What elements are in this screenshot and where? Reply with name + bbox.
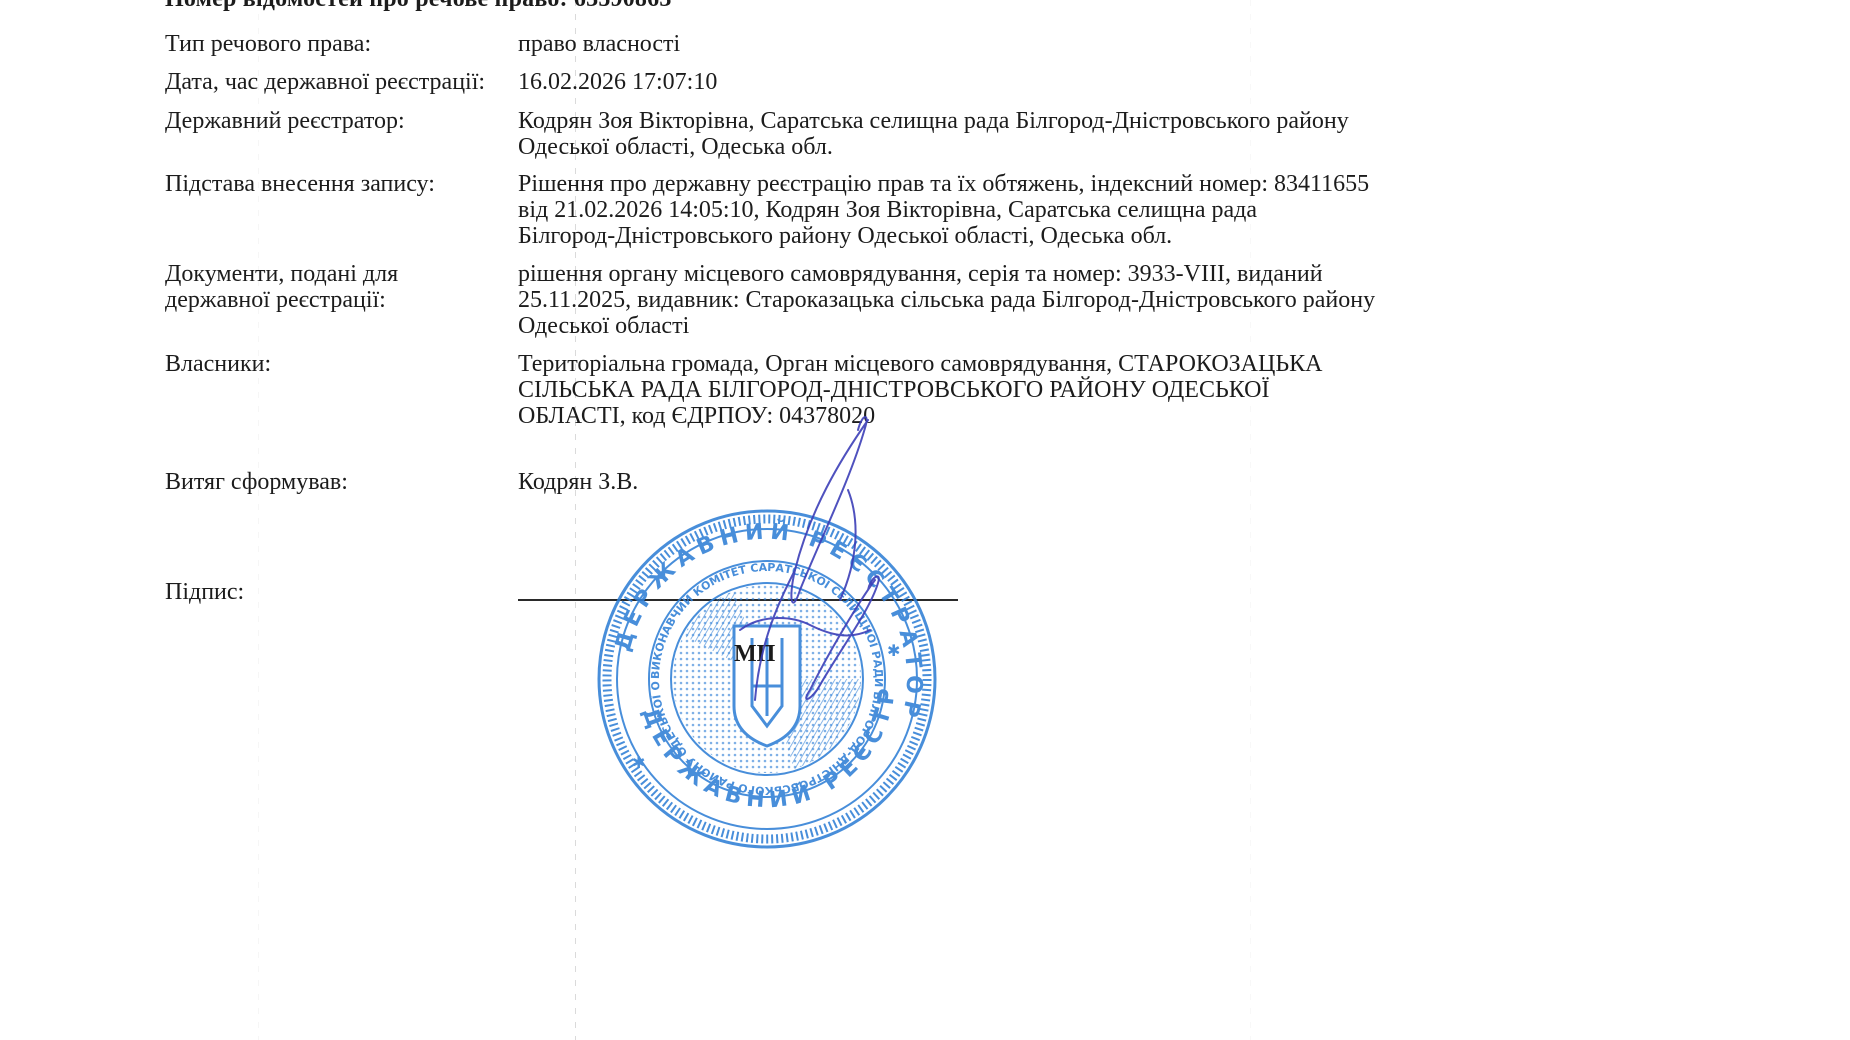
value-line: Одеської області (518, 313, 1698, 339)
value-line: від 21.02.2026 14:05:10, Кодрян Зоя Вікт… (518, 197, 1698, 223)
field-value: Рішення про державну реєстрацію прав та … (518, 171, 1698, 249)
value-line: ОБЛАСТІ, код ЄДРПОУ: 04378020 (518, 403, 1698, 429)
value-line: СІЛЬСЬКА РАДА БІЛГОРОД-ДНІСТРОВСЬКОГО РА… (518, 377, 1698, 403)
value-line: право власності (518, 31, 1698, 57)
value-line: 25.11.2025, видавник: Староказацька сіль… (518, 287, 1698, 313)
field-value: 16.02.2026 17:07:10 (518, 69, 1698, 95)
value-line: Кодрян Зоя Вікторівна, Саратська селищна… (518, 108, 1698, 134)
field-value: право власності (518, 31, 1698, 57)
field-value: Кодрян З.В. (518, 469, 1698, 495)
svg-text:✱: ✱ (632, 753, 645, 772)
field-label: Витяг сформував: (165, 469, 515, 495)
field-value: Територіальна громада, Орган місцевого с… (518, 351, 1698, 429)
field-label: Дата, час державної реєстрації: (165, 69, 515, 95)
record-number-heading: Номер відомостей про речове право: 63590… (165, 0, 672, 13)
field-label: Підстава внесення запису: (165, 171, 515, 197)
field-label: Державний реєстратор: (165, 108, 515, 134)
document-page: Номер відомостей про речове право: 63590… (0, 0, 1850, 1040)
field-label: Підпис: (165, 579, 515, 605)
scan-fold-line (258, 0, 259, 1040)
value-line: рішення органу місцевого самоврядування,… (518, 261, 1698, 287)
value-line: Білгород-Дністровського району Одеської … (518, 223, 1698, 249)
field-value: Кодрян Зоя Вікторівна, Саратська селищна… (518, 108, 1698, 160)
value-line: Територіальна громада, Орган місцевого с… (518, 351, 1698, 377)
handwritten-signature-icon (700, 400, 960, 730)
value-line: Рішення про державну реєстрацію прав та … (518, 171, 1698, 197)
value-line: Одеської області, Одеська обл. (518, 134, 1698, 160)
value-line: 16.02.2026 17:07:10 (518, 69, 1698, 95)
field-label: Тип речового права: (165, 31, 515, 57)
field-label: Власники: (165, 351, 515, 377)
field-value: рішення органу місцевого самоврядування,… (518, 261, 1698, 339)
field-label: Документи, подані для державної реєстрац… (165, 261, 515, 313)
value-line: Кодрян З.В. (518, 469, 1698, 495)
